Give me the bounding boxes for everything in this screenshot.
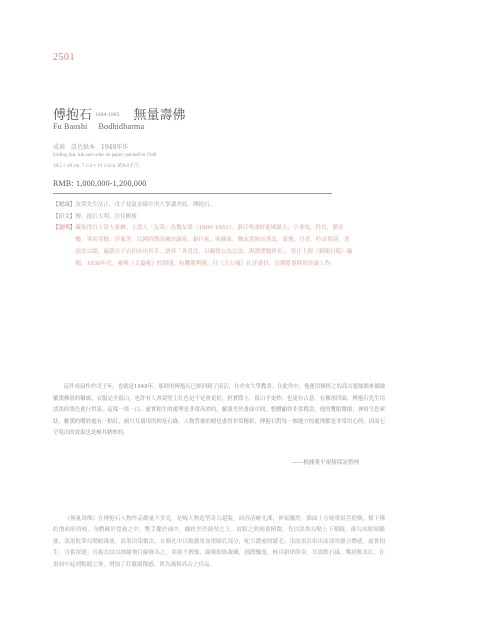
note-inscription: 【題識】 友棠先生法正。戊子初夏金陵中央大學講舍寫，傅抱石。 xyxy=(53,200,353,212)
note-text: 友棠先生法正。戊子初夏金陵中央大學講舍寫，傅抱石。 xyxy=(75,200,215,212)
estimate: RMB: 1,000,000-1,200,000 xyxy=(53,179,146,188)
artwork-title: 傅抱石1904-1965無量壽佛 xyxy=(53,104,185,123)
note-tag: 【說明】 xyxy=(53,223,75,270)
note-description: 【說明】 藏家得自上款人家屬。上款人「友棠」為魏友棠（1909-1953），浙江… xyxy=(53,223,353,270)
medium-en: folding fan; ink and color on paper; pai… xyxy=(53,153,156,158)
essay-body: 《無量壽佛》在傅抱石人物作品總量不多見，是幅人物造型奇古超脫，面容清癯光潔，神氣… xyxy=(53,514,385,571)
essay-quote: 這件成扇作於戊子年，也就是1948年，那時的傅抱石已經回到了南京，在中央大學教書… xyxy=(53,382,385,440)
notes-section: 【題識】 友棠先生法正。戊子初夏金陵中央大學講舍寫，傅抱石。 【印文】 傅、抱石… xyxy=(53,200,353,270)
note-tag: 【題識】 xyxy=(53,200,75,212)
note-tag: 【印文】 xyxy=(53,212,75,224)
artist-dates: 1904-1965 xyxy=(95,113,119,118)
divider xyxy=(53,193,332,194)
artist-name-en: Fu Baoshi xyxy=(53,122,87,131)
title-en: Bodhidharma xyxy=(98,122,144,131)
artwork-title-en: Fu BaoshiBodhidharma xyxy=(53,122,144,131)
note-text: 藏家得自上款人家屬。上款人「友棠」為魏友棠（1909-1953），浙江寧波奸徒城… xyxy=(75,223,353,270)
dimensions: 18.5 × 49 cm. 7 1/4 × 19 1/4 in. 約0.8平尺 xyxy=(53,162,139,169)
lot-number: 2501 xyxy=(53,52,75,63)
format-cn: 成扇 設色紙本 1948年作 xyxy=(53,142,128,151)
artist-name-cn: 傅抱石 xyxy=(53,108,92,123)
note-text: 傅、抱石大利、往往醉後 xyxy=(75,212,137,224)
artwork-title-cn: 無量壽佛 xyxy=(133,108,185,123)
note-seals: 【印文】 傅、抱石大利、往往醉後 xyxy=(53,212,353,224)
essay-signature: ——根據董平視頻採訪整理 xyxy=(292,458,359,466)
